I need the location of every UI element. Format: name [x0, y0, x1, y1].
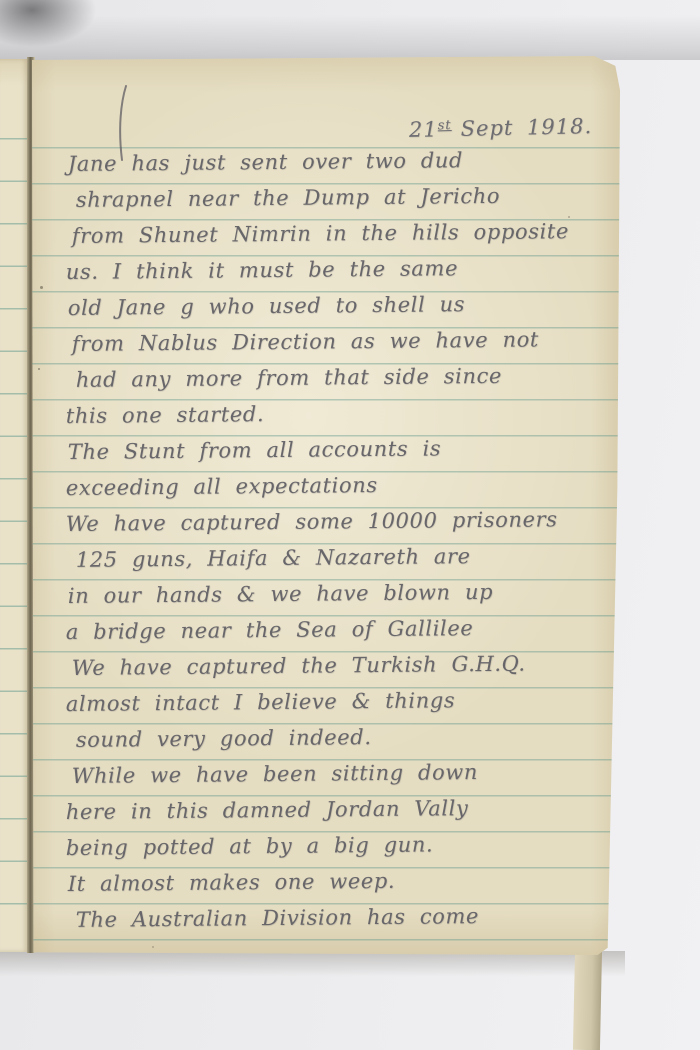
diary-line: We have captured the Turkish G.H.Q.: [66, 647, 616, 688]
ink-speck: [38, 368, 40, 370]
previous-page-ruled-lines: [0, 138, 29, 928]
diary-line: Jane has just sent over two dud: [66, 143, 616, 184]
photo-background: 21stSept 1918. Jane has just sent over t…: [0, 0, 700, 1050]
ink-speck: [40, 286, 43, 289]
diary-text: Jane has just sent over two dud shrapnel…: [66, 148, 616, 940]
diary-line: us. I think it must be the same: [66, 251, 616, 292]
diary-line: We have captured some 10000 prisoners: [66, 503, 616, 544]
diary-line: being potted at by a big gun.: [66, 827, 616, 868]
diary-line: The Stunt from all accounts is: [66, 431, 616, 472]
page-cast-shadow: [0, 951, 625, 981]
diary-line: a bridge near the Sea of Gallilee: [66, 611, 616, 652]
pen-stroke-mark: [116, 84, 130, 164]
diary-line: this one started.: [66, 395, 616, 436]
diary-line: 125 guns, Haifa & Nazareth are: [66, 539, 616, 580]
previous-page-edge: [0, 59, 29, 952]
underlying-page-edge: [573, 948, 602, 1050]
diary-line: exceeding all expectations: [66, 467, 616, 508]
background-top-shadow: [0, 0, 700, 60]
diary-line: sound very good indeed.: [66, 719, 616, 760]
entry-date-ordinal: st: [437, 118, 451, 133]
diary-line: It almost makes one weep.: [66, 863, 616, 904]
diary-line: shrapnel near the Dump at Jericho: [66, 179, 616, 220]
diary-line: almost intact I believe & things: [66, 683, 616, 724]
entry-date-day: 21: [409, 117, 438, 142]
background-corner-shadow: [0, 0, 102, 50]
ink-speck: [152, 946, 154, 948]
diary-line: The Australian Division has come: [66, 899, 616, 940]
entry-date: 21stSept 1918.: [409, 114, 593, 142]
diary-line: from Nablus Direction as we have not: [66, 323, 616, 364]
diary-line: from Shunet Nimrin in the hills opposite: [66, 215, 616, 256]
diary-line: While we have been sitting down: [66, 755, 616, 796]
diary-line: old Jane g who used to shell us: [66, 287, 616, 328]
diary-line: had any more from that side since: [66, 359, 616, 400]
diary-page: 21stSept 1918. Jane has just sent over t…: [32, 56, 620, 955]
diary-line: in our hands & we have blown up: [66, 575, 616, 616]
ink-speck: [568, 216, 570, 218]
entry-date-month-year: Sept 1918.: [460, 114, 592, 141]
diary-line: here in this damned Jordan Vally: [66, 791, 616, 832]
